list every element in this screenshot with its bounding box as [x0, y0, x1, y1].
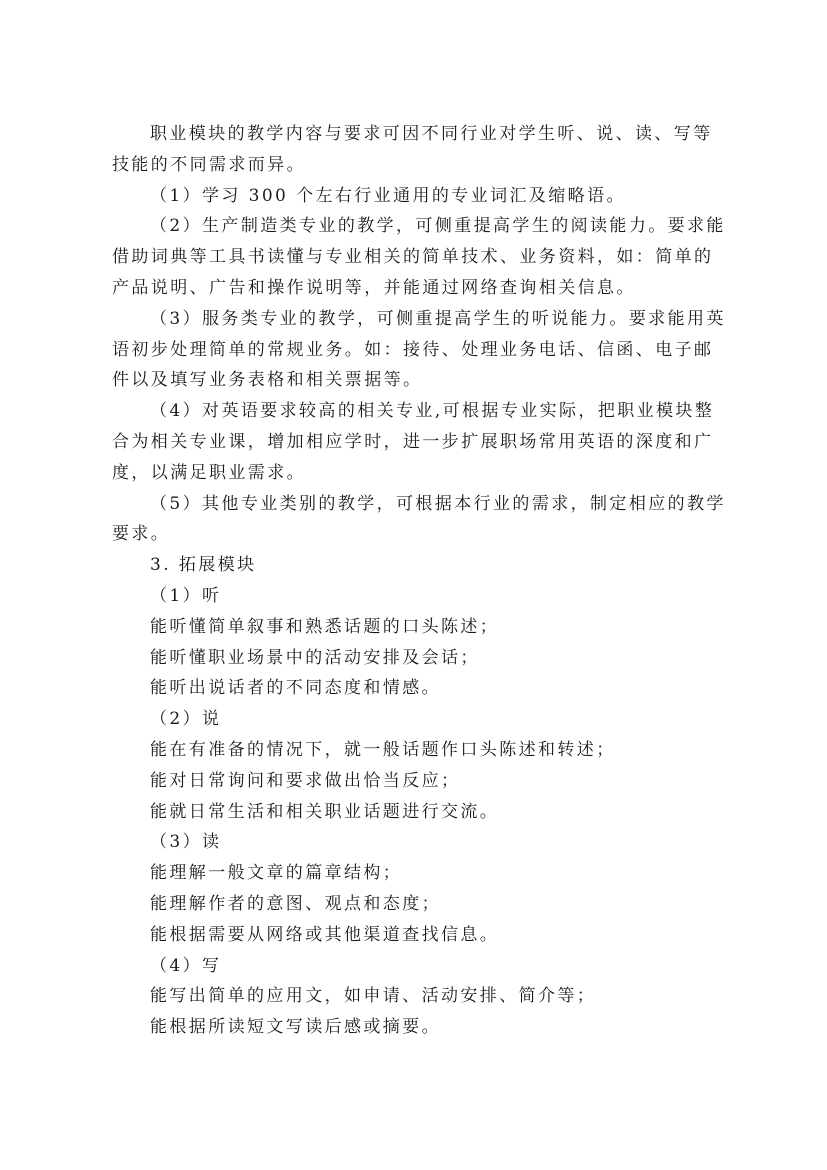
list-item: 能听懂职业场景中的活动安排及会话；	[112, 643, 716, 674]
text-line: 技能的不同需求而异。	[112, 150, 716, 181]
text-line: （4）对英语要求较高的相关专业,可根据专业实际，把职业模块整	[112, 396, 716, 427]
text-line: 要求。	[112, 519, 716, 550]
text-column: 职业模块的教学内容与要求可因不同行业对学生听、说、读、写等 技能的不同需求而异。…	[112, 119, 716, 1043]
text-line: 借助词典等工具书读懂与专业相关的简单技术、业务资料，如：简单的	[112, 242, 716, 273]
paragraph-vocational-intro: 职业模块的教学内容与要求可因不同行业对学生听、说、读、写等 技能的不同需求而异。	[112, 119, 716, 181]
list-item: 能理解一般文章的篇章结构；	[112, 858, 716, 889]
list-item: 能根据需要从网络或其他渠道查找信息。	[112, 920, 716, 951]
list-item: 能写出简单的应用文，如申请、活动安排、简介等；	[112, 981, 716, 1012]
list-item: 能理解作者的意图、观点和态度；	[112, 889, 716, 920]
subsection-heading-writing: （4）写	[112, 951, 716, 982]
text-line: （2）生产制造类专业的教学，可侧重提高学生的阅读能力。要求能	[112, 211, 716, 242]
list-item: 能就日常生活和相关职业话题进行交流。	[112, 797, 716, 828]
text-line: （1）学习 300 个左右行业通用的专业词汇及缩略语。	[112, 181, 716, 212]
list-item: 能对日常询问和要求做出恰当反应；	[112, 766, 716, 797]
text-line: 合为相关专业课，增加相应学时，进一步扩展职场常用英语的深度和广	[112, 427, 716, 458]
text-line: 度，以满足职业需求。	[112, 458, 716, 489]
subsection-reading: （3）读 能理解一般文章的篇章结构； 能理解作者的意图、观点和态度； 能根据需要…	[112, 827, 716, 950]
list-item: 能听出说话者的不同态度和情感。	[112, 673, 716, 704]
subsection-speaking: （2）说 能在有准备的情况下，就一般话题作口头陈述和转述； 能对日常询问和要求做…	[112, 704, 716, 827]
paragraph-item-4: （4）对英语要求较高的相关专业,可根据专业实际，把职业模块整 合为相关专业课，增…	[112, 396, 716, 488]
subsection-writing: （4）写 能写出简单的应用文，如申请、活动安排、简介等； 能根据所读短文写读后感…	[112, 951, 716, 1043]
list-item: 能根据所读短文写读后感或摘要。	[112, 1012, 716, 1043]
paragraph-item-5: （5）其他专业类别的教学，可根据本行业的需求，制定相应的教学 要求。	[112, 489, 716, 551]
text-line: 产品说明、广告和操作说明等，并能通过网络查询相关信息。	[112, 273, 716, 304]
section-heading-extension-module: 3. 拓展模块	[112, 550, 716, 581]
paragraph-item-3: （3）服务类专业的教学，可侧重提高学生的听说能力。要求能用英 语初步处理简单的常…	[112, 304, 716, 396]
paragraph-item-2: （2）生产制造类专业的教学，可侧重提高学生的阅读能力。要求能 借助词典等工具书读…	[112, 211, 716, 303]
document-page: 职业模块的教学内容与要求可因不同行业对学生听、说、读、写等 技能的不同需求而异。…	[0, 0, 827, 1170]
text-line: （5）其他专业类别的教学，可根据本行业的需求，制定相应的教学	[112, 489, 716, 520]
text-line: 件以及填写业务表格和相关票据等。	[112, 365, 716, 396]
text-line: 语初步处理简单的常规业务。如：接待、处理业务电话、信函、电子邮	[112, 335, 716, 366]
subsection-heading-reading: （3）读	[112, 827, 716, 858]
subsection-heading-speaking: （2）说	[112, 704, 716, 735]
subsection-heading-listening: （1）听	[112, 581, 716, 612]
text-line: 职业模块的教学内容与要求可因不同行业对学生听、说、读、写等	[112, 119, 716, 150]
text-line: （3）服务类专业的教学，可侧重提高学生的听说能力。要求能用英	[112, 304, 716, 335]
list-item: 能在有准备的情况下，就一般话题作口头陈述和转述；	[112, 735, 716, 766]
paragraph-item-1: （1）学习 300 个左右行业通用的专业词汇及缩略语。	[112, 181, 716, 212]
list-item: 能听懂简单叙事和熟悉话题的口头陈述；	[112, 612, 716, 643]
subsection-listening: （1）听 能听懂简单叙事和熟悉话题的口头陈述； 能听懂职业场景中的活动安排及会话…	[112, 581, 716, 704]
